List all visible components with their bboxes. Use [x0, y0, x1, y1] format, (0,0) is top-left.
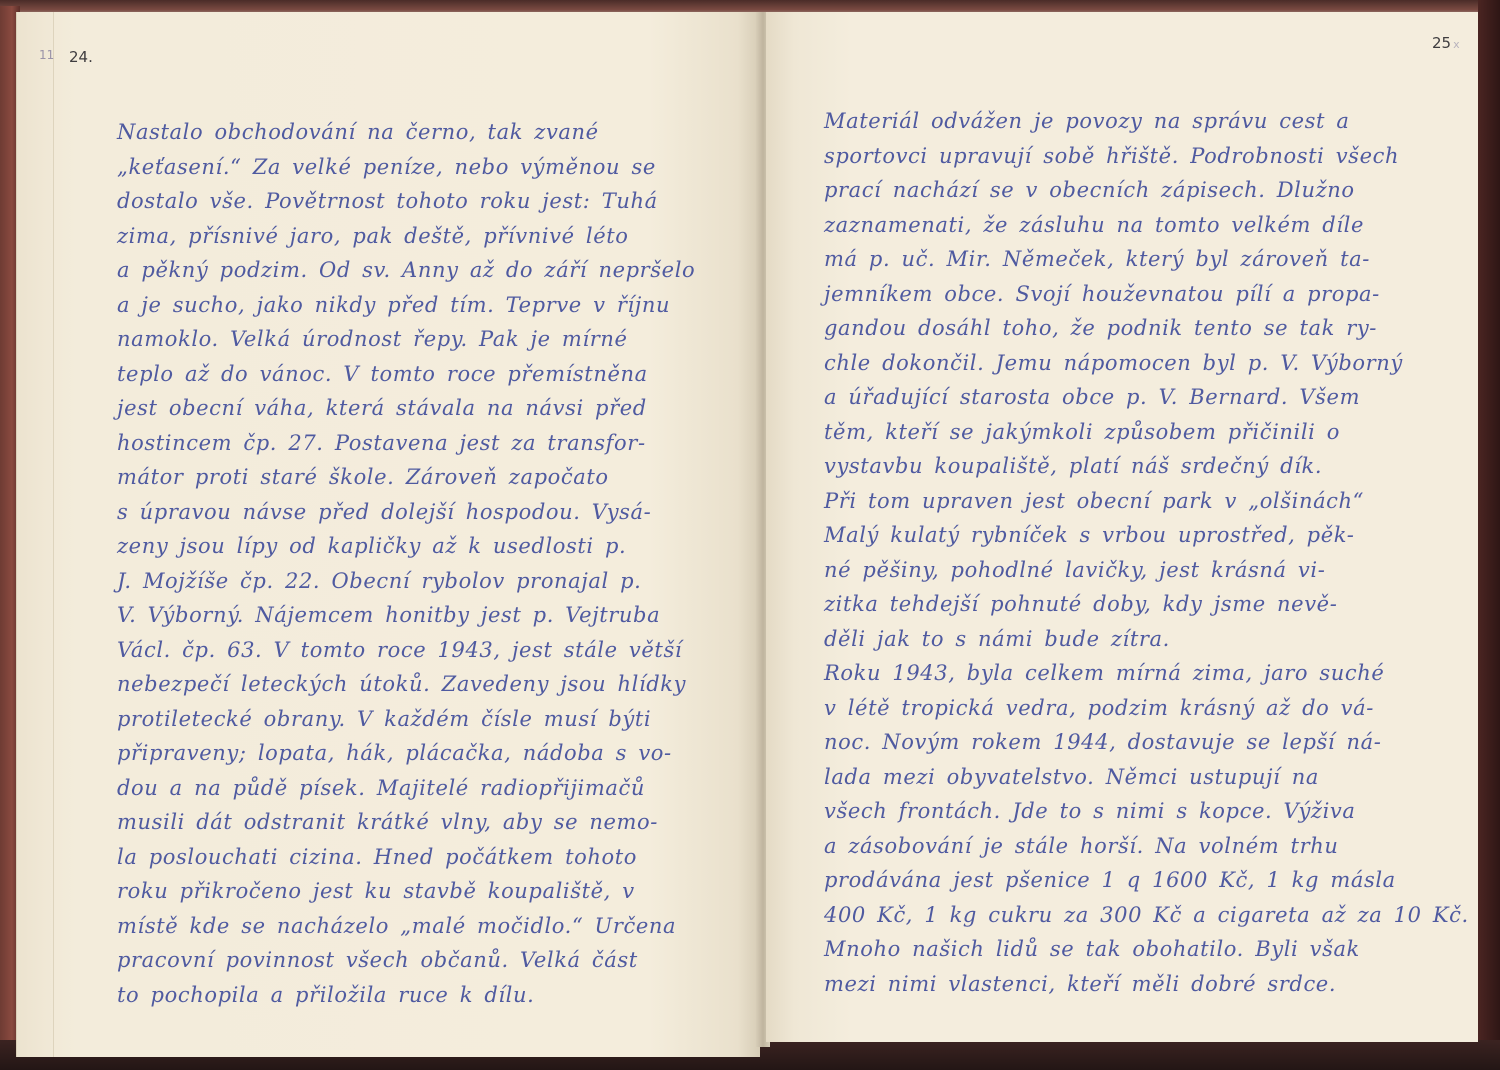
text-line: hostincem čp. 27. Postavena jest za tran… — [117, 426, 757, 461]
text-line: zitka tehdejší pohnuté doby, kdy jsme ne… — [824, 587, 1464, 622]
text-line: a je sucho, jako nikdy před tím. Teprve … — [117, 288, 757, 323]
book-scan: 11 24. Nastalo obchodování na černo, tak… — [0, 0, 1500, 1070]
text-line: a úřadující starosta obce p. V. Bernard.… — [824, 380, 1464, 415]
text-line: Nastalo obchodování na černo, tak zvané — [117, 115, 757, 150]
left-page: 11 24. Nastalo obchodování na černo, tak… — [16, 12, 760, 1057]
text-line: roku přikročeno jest ku stavbě koupališt… — [117, 874, 757, 909]
text-line: protiletecké obrany. V každém čísle musí… — [117, 702, 757, 737]
text-line: připraveny; lopata, hák, plácačka, nádob… — [117, 736, 757, 771]
text-line: mezi nimi vlastenci, kteří měli dobré sr… — [824, 967, 1464, 1002]
text-line: Malý kulatý rybníček s vrbou uprostřed, … — [824, 518, 1464, 553]
text-line: zima, přísnivé jaro, pak deště, přívnivé… — [117, 219, 757, 254]
text-line: dou a na půdě písek. Majitelé radiopřiji… — [117, 771, 757, 806]
text-line: namoklo. Velká úrodnost řepy. Pak je mír… — [117, 322, 757, 357]
left-page-text: Nastalo obchodování na černo, tak zvané … — [117, 115, 757, 1012]
text-line: né pěšiny, pohodlné lavičky, jest krásná… — [824, 553, 1464, 588]
right-page: 25x Materiál odvážen je povozy na správu… — [766, 12, 1478, 1042]
text-line: a pěkný podzim. Od sv. Anny až do září n… — [117, 253, 757, 288]
page-number-right-value: 25 — [1432, 34, 1451, 52]
text-line: chle dokončil. Jemu nápomocen byl p. V. … — [824, 346, 1464, 381]
text-line: zaznamenati, že zásluhu na tomto velkém … — [824, 208, 1464, 243]
page-number-left: 24. — [69, 48, 93, 66]
text-line: J. Mojžíše čp. 22. Obecní rybolov pronaj… — [117, 564, 757, 599]
text-line: zeny jsou lípy od kapličky až k usedlost… — [117, 529, 757, 564]
text-line: Mnoho našich lidů se tak obohatilo. Byli… — [824, 932, 1464, 967]
text-line: Při tom upraven jest obecní park v „olši… — [824, 484, 1464, 519]
text-line: místě kde se nacházelo „malé močidlo.“ U… — [117, 909, 757, 944]
text-line: jemníkem obce. Svojí houževnatou pílí a … — [824, 277, 1464, 312]
text-line: to pochopila a přiložila ruce k dílu. — [117, 978, 757, 1013]
text-line: noc. Novým rokem 1944, dostavuje se lepš… — [824, 725, 1464, 760]
text-line: prodávána jest pšenice 1 q 1600 Kč, 1 kg… — [824, 863, 1464, 898]
page-number-faint-mark: x — [1453, 38, 1460, 51]
text-line: všech frontách. Jde to s nimi s kopce. V… — [824, 794, 1464, 829]
text-line: prací nachází se v obecních zápisech. Dl… — [824, 173, 1464, 208]
margin-mark: 11 — [39, 48, 54, 62]
text-line: má p. uč. Mir. Němeček, který byl zárove… — [824, 242, 1464, 277]
text-line: la poslouchati cizina. Hned počátkem toh… — [117, 840, 757, 875]
text-line: mátor proti staré škole. Zároveň započat… — [117, 460, 757, 495]
text-line: „keťasení.“ Za velké peníze, nebo výměno… — [117, 150, 757, 185]
text-line: děli jak to s námi bude zítra. — [824, 622, 1464, 657]
text-line: V. Výborný. Nájemcem honitby jest p. Vej… — [117, 598, 757, 633]
text-line: a zásobování je stále horší. Na volném t… — [824, 829, 1464, 864]
text-line: teplo až do vánoc. V tomto roce přemístn… — [117, 357, 757, 392]
text-line: v létě tropická vedra, podzim krásný až … — [824, 691, 1464, 726]
text-line: sportovci upravují sobě hřiště. Podrobno… — [824, 139, 1464, 174]
text-line: dostalo vše. Povětrnost tohoto roku jest… — [117, 184, 757, 219]
text-line: s úpravou návse před dolejší hospodou. V… — [117, 495, 757, 530]
text-line: těm, kteří se jakýmkoli způsobem přičini… — [824, 415, 1464, 450]
book-cover-right-edge — [1478, 0, 1500, 1070]
text-line: pracovní povinnost všech občanů. Velká č… — [117, 943, 757, 978]
text-line: Roku 1943, byla celkem mírná zima, jaro … — [824, 656, 1464, 691]
text-line: lada mezi obyvatelstvo. Němci ustupují n… — [824, 760, 1464, 795]
page-number-right: 25x — [1432, 34, 1460, 52]
right-page-text: Materiál odvážen je povozy na správu ces… — [824, 104, 1464, 1001]
text-line: jest obecní váha, která stávala na návsi… — [117, 391, 757, 426]
text-line: nebezpečí leteckých útoků. Zavedeny jsou… — [117, 667, 757, 702]
text-line: Materiál odvážen je povozy na správu ces… — [824, 104, 1464, 139]
text-line: vystavbu koupaliště, platí náš srdečný d… — [824, 449, 1464, 484]
page-edge-stack — [17, 12, 54, 1057]
text-line: gandou dosáhl toho, že podnik tento se t… — [824, 311, 1464, 346]
text-line: Václ. čp. 63. V tomto roce 1943, jest st… — [117, 633, 757, 668]
text-line: 400 Kč, 1 kg cukru za 300 Kč a cigareta … — [824, 898, 1464, 933]
text-line: musili dát odstranit krátké vlny, aby se… — [117, 805, 757, 840]
